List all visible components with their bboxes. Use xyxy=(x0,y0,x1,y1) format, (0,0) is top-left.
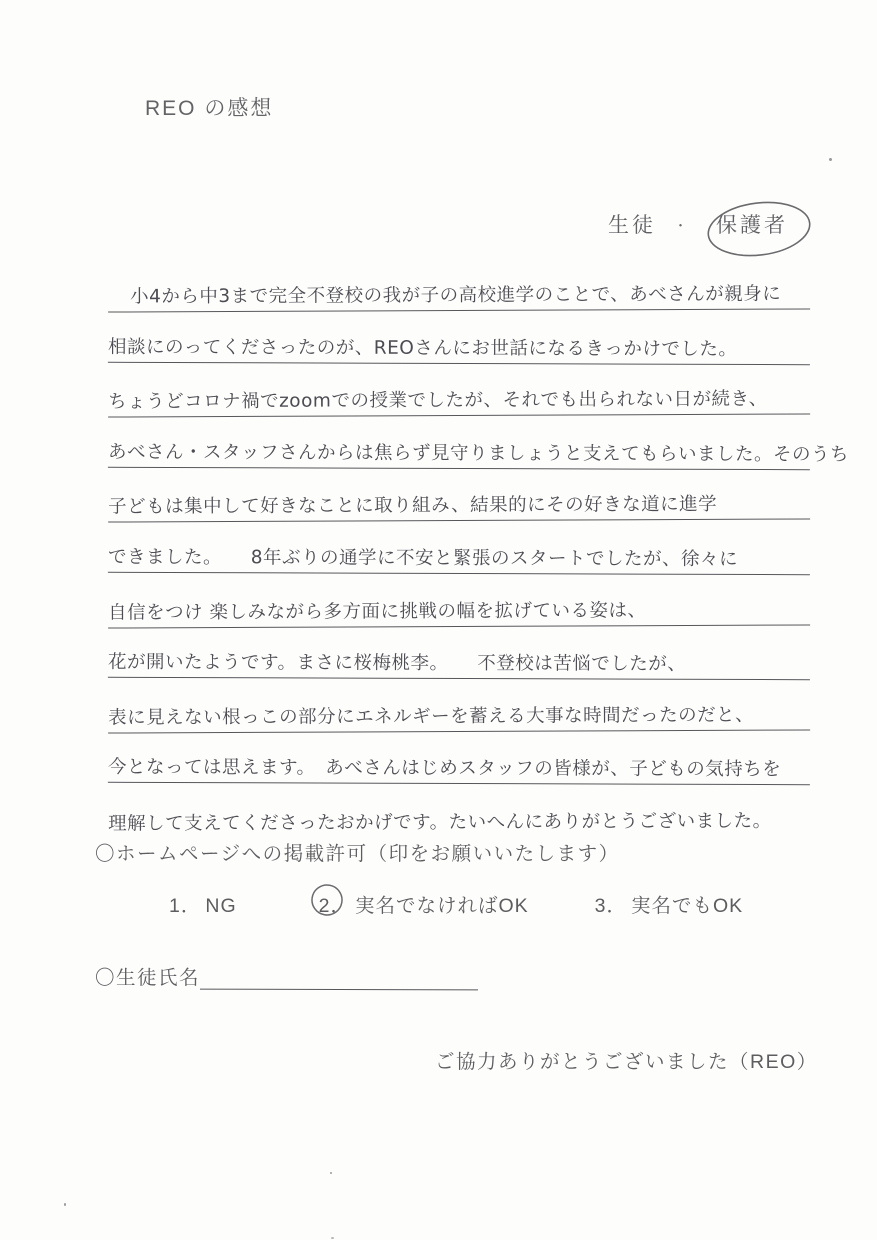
student-name-row: 〇生徒氏名 xyxy=(95,962,478,990)
respondent-option-student: 生徒 xyxy=(608,209,656,239)
feedback-line: 表に見えない根っこの部分にエネルギーを蓄える大事な時間だったのだと、 xyxy=(108,677,810,733)
feedback-line: 自信をつけ 楽しみながら多方面に挑戦の幅を拡げている姿は、 xyxy=(108,572,810,628)
handwritten-feedback-block: 小4から中3まで完全不登校の我が子の高校進学のことで、あべさんが親身に 相談にの… xyxy=(108,258,810,837)
feedback-line: あべさん・スタッフさんからは焦らず見守りましょうと支えてもらいました。そのうち xyxy=(108,415,810,470)
scan-speck xyxy=(331,1237,334,1239)
feedback-line: 相談にのってくださったのが、REOさんにお世話になるきっかけでした。 xyxy=(108,309,810,364)
feedback-line: ちょうどコロナ禍でzoomでの授業でしたが、それでも出られない日が続き、 xyxy=(108,362,810,418)
scan-speck xyxy=(829,158,832,161)
respondent-separator: ・ xyxy=(674,215,690,234)
feedback-line: 子どもは集中して好きなことに取り組み、結果的にその好きな道に進学 xyxy=(108,467,810,523)
respondent-row: 生徒 ・ 保護者 xyxy=(608,205,796,243)
feedback-line: 小4から中3まで完全不登校の我が子の高校進学のことで、あべさんが親身に xyxy=(108,256,810,312)
feedback-line: 花が開いたようです。まさに桜梅桃李。 不登校は苦悩でしたが、 xyxy=(108,625,810,680)
feedback-line: 理解して支えてくださったおかげです。たいへんにありがとうございました。 xyxy=(108,782,810,838)
permission-option-ng: 1．NG xyxy=(165,888,237,920)
publication-permission-options: 1．NG 2． 実名でなければOK 3．実名でもOK xyxy=(165,888,805,920)
feedback-line: 今となっては思えます。 あべさんはじめスタッフの皆様が、子どもの気持ちを xyxy=(108,730,810,785)
permission-option-no-real-name-selected: 2． 実名でなければOK xyxy=(315,888,529,920)
thank-you-footer: ご協力ありがとうございました（REO） xyxy=(435,1046,818,1074)
scan-speck xyxy=(64,1203,66,1206)
permission-option-real-name-ok: 3．実名でもOK xyxy=(591,888,744,920)
page-title: REO の感想 xyxy=(145,92,273,122)
scanned-feedback-form: REO の感想 生徒 ・ 保護者 小4から中3まで完全不登校の我が子の高校進学の… xyxy=(0,0,877,1240)
feedback-line: できました。 8年ぶりの通学に不安と緊張のスタートでしたが、徐々に xyxy=(108,520,810,575)
student-name-label: 〇生徒氏名 xyxy=(95,962,200,990)
respondent-option-guardian-selected: 保護者 xyxy=(708,205,796,243)
publication-permission-heading: 〇ホームページへの掲載許可（印をお願いいたします） xyxy=(95,838,620,866)
scan-speck xyxy=(330,1172,332,1174)
student-name-blank-line xyxy=(200,965,478,991)
